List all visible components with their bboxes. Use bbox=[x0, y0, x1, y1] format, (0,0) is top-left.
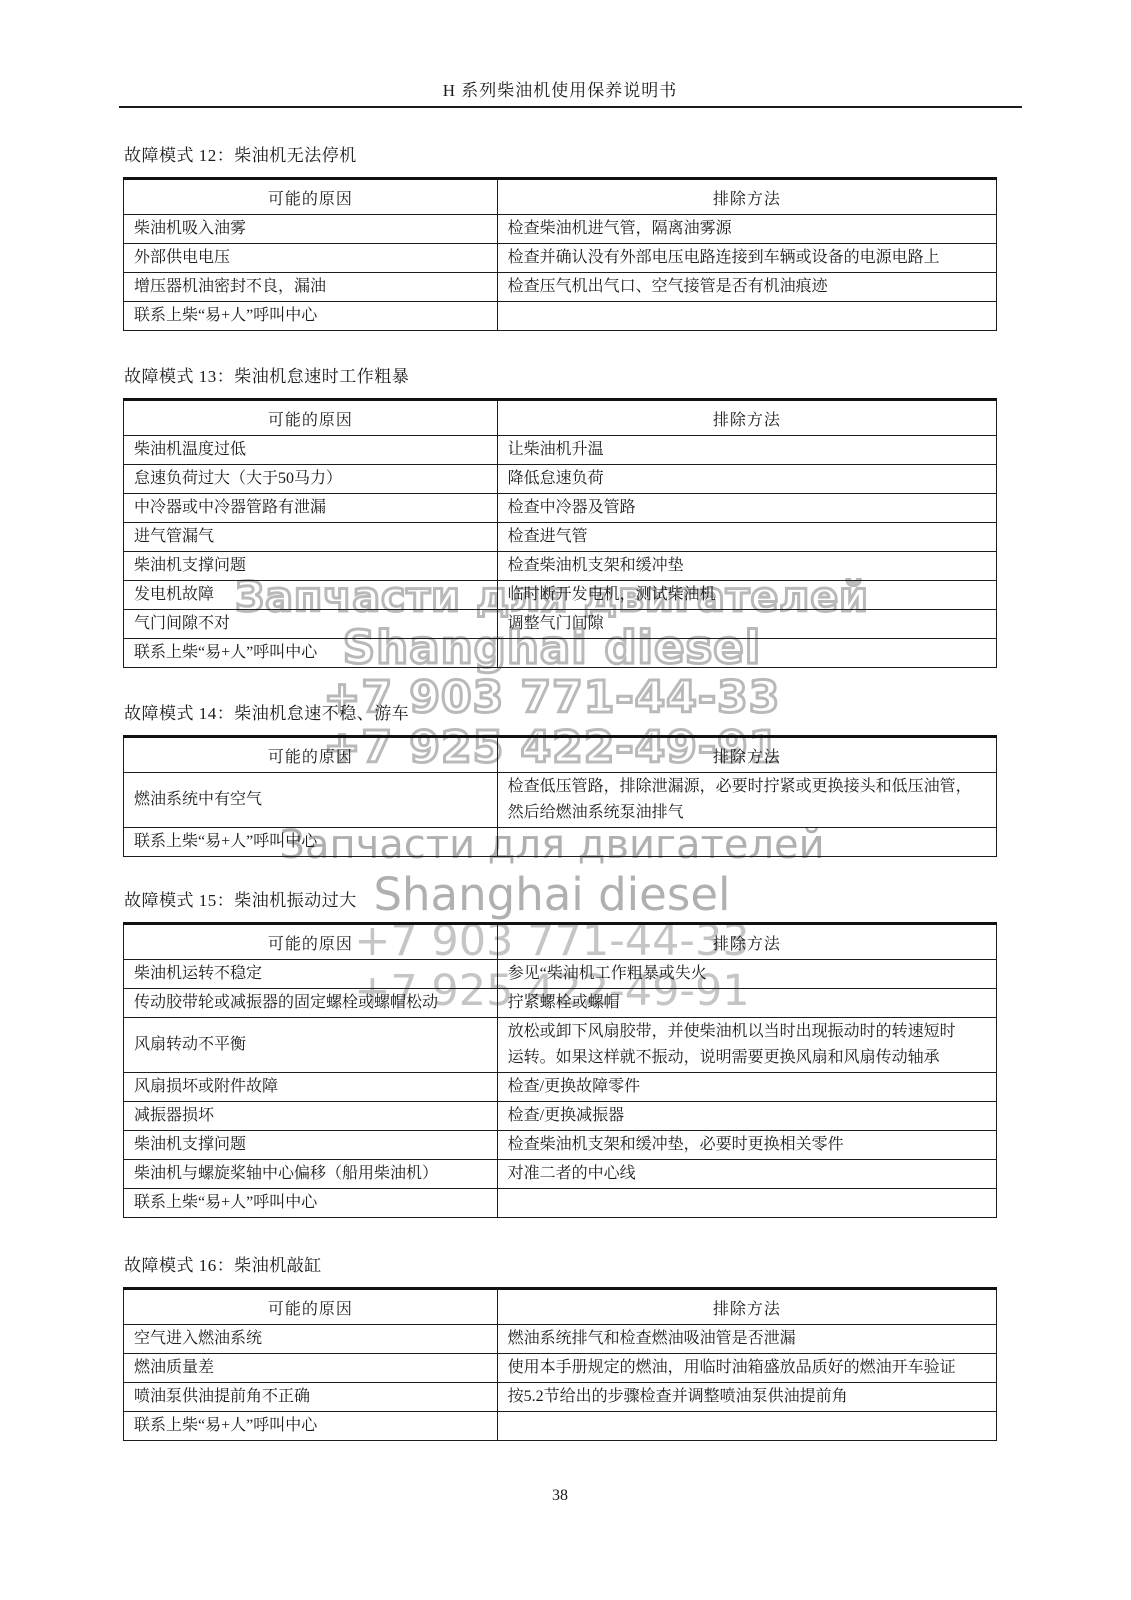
table-row: 柴油机运转不稳定参见“柴油机工作粗暴或失火 bbox=[124, 960, 997, 989]
remedy-cell: 按5.2节给出的步骤检查并调整喷油泵供油提前角 bbox=[497, 1383, 996, 1412]
remedy-cell: 拧紧螺栓或螺帽 bbox=[497, 989, 996, 1018]
table-row: 外部供电电压检查并确认没有外部电压电路连接到车辆或设备的电源电路上 bbox=[124, 244, 997, 273]
fault-table-15: 可能的原因 排除方法 柴油机运转不稳定参见“柴油机工作粗暴或失火 传动胶带轮或减… bbox=[123, 922, 997, 1218]
table-row: 怠速负荷过大（大于50马力）降低怠速负荷 bbox=[124, 465, 997, 494]
cause-cell: 怠速负荷过大（大于50马力） bbox=[124, 465, 498, 494]
column-header-cause: 可能的原因 bbox=[124, 179, 498, 215]
remedy-cell bbox=[497, 639, 996, 668]
remedy-cell: 检查中冷器及管路 bbox=[497, 494, 996, 523]
table-row: 柴油机吸入油雾检查柴油机进气管，隔离油雾源 bbox=[124, 215, 997, 244]
cause-cell: 柴油机吸入油雾 bbox=[124, 215, 498, 244]
cause-cell: 柴油机支撑问题 bbox=[124, 1131, 498, 1160]
table-row: 传动胶带轮或减振器的固定螺栓或螺帽松动拧紧螺栓或螺帽 bbox=[124, 989, 997, 1018]
remedy-cell bbox=[497, 828, 996, 857]
table-row: 联系上柴“易+人”呼叫中心 bbox=[124, 1412, 997, 1441]
section-title: 故障模式 14：柴油机怠速不稳、游车 bbox=[124, 702, 997, 725]
table-row: 燃油系统中有空气检查低压管路，排除泄漏源，必要时拧紧或更换接头和低压油管， 然后… bbox=[124, 773, 997, 828]
page-number: 38 bbox=[123, 1487, 997, 1505]
remedy-cell: 检查/更换故障零件 bbox=[497, 1073, 996, 1102]
fault-table-12: 可能的原因 排除方法 柴油机吸入油雾检查柴油机进气管，隔离油雾源 外部供电电压检… bbox=[123, 177, 997, 331]
column-header-remedy: 排除方法 bbox=[497, 924, 996, 960]
table-row: 风扇转动不平衡放松或卸下风扇胶带，并使柴油机以当时出现振动时的转速短时 运转。如… bbox=[124, 1018, 997, 1073]
table-row: 联系上柴“易+人”呼叫中心 bbox=[124, 1189, 997, 1218]
remedy-cell: 放松或卸下风扇胶带，并使柴油机以当时出现振动时的转速短时 运转。如果这样就不振动… bbox=[497, 1018, 996, 1073]
cause-cell: 联系上柴“易+人”呼叫中心 bbox=[124, 302, 498, 331]
table-row: 减振器损坏检查/更换减振器 bbox=[124, 1102, 997, 1131]
remedy-cell: 对准二者的中心线 bbox=[497, 1160, 996, 1189]
section-title: 故障模式 13：柴油机怠速时工作粗暴 bbox=[124, 365, 997, 388]
fault-table-13: 可能的原因 排除方法 柴油机温度过低让柴油机升温 怠速负荷过大（大于50马力）降… bbox=[123, 398, 997, 668]
table-row: 柴油机支撑问题检查柴油机支架和缓冲垫，必要时更换相关零件 bbox=[124, 1131, 997, 1160]
fault-table-14: 可能的原因 排除方法 燃油系统中有空气检查低压管路，排除泄漏源，必要时拧紧或更换… bbox=[123, 735, 997, 857]
table-header-row: 可能的原因 排除方法 bbox=[124, 1289, 997, 1325]
cause-cell: 传动胶带轮或减振器的固定螺栓或螺帽松动 bbox=[124, 989, 498, 1018]
remedy-cell: 让柴油机升温 bbox=[497, 436, 996, 465]
table-row: 中冷器或中冷器管路有泄漏检查中冷器及管路 bbox=[124, 494, 997, 523]
section-title: 故障模式 12：柴油机无法停机 bbox=[124, 144, 997, 167]
remedy-cell: 参见“柴油机工作粗暴或失火 bbox=[497, 960, 996, 989]
cause-cell: 空气进入燃油系统 bbox=[124, 1325, 498, 1354]
cause-cell: 联系上柴“易+人”呼叫中心 bbox=[124, 639, 498, 668]
column-header-cause: 可能的原因 bbox=[124, 924, 498, 960]
remedy-cell: 检查柴油机支架和缓冲垫，必要时更换相关零件 bbox=[497, 1131, 996, 1160]
column-header-cause: 可能的原因 bbox=[124, 1289, 498, 1325]
table-header-row: 可能的原因 排除方法 bbox=[124, 924, 997, 960]
table-header-row: 可能的原因 排除方法 bbox=[124, 400, 997, 436]
remedy-cell: 临时断开发电机，测试柴油机 bbox=[497, 581, 996, 610]
table-row: 喷油泵供油提前角不正确按5.2节给出的步骤检查并调整喷油泵供油提前角 bbox=[124, 1383, 997, 1412]
remedy-cell: 使用本手册规定的燃油，用临时油箱盛放品质好的燃油开车验证 bbox=[497, 1354, 996, 1383]
document-page: Запчасти для двигателей Shanghai diesel … bbox=[0, 0, 1131, 1600]
remedy-cell: 检查进气管 bbox=[497, 523, 996, 552]
cause-cell: 柴油机与螺旋桨轴中心偏移（船用柴油机） bbox=[124, 1160, 498, 1189]
table-row: 燃油质量差使用本手册规定的燃油，用临时油箱盛放品质好的燃油开车验证 bbox=[124, 1354, 997, 1383]
table-row: 联系上柴“易+人”呼叫中心 bbox=[124, 302, 997, 331]
remedy-cell: 燃油系统排气和检查燃油吸油管是否泄漏 bbox=[497, 1325, 996, 1354]
column-header-cause: 可能的原因 bbox=[124, 400, 498, 436]
cause-cell: 柴油机运转不稳定 bbox=[124, 960, 498, 989]
table-row: 柴油机温度过低让柴油机升温 bbox=[124, 436, 997, 465]
section-title: 故障模式 15：柴油机振动过大 bbox=[124, 889, 997, 912]
cause-cell: 气门间隙不对 bbox=[124, 610, 498, 639]
cause-cell: 柴油机温度过低 bbox=[124, 436, 498, 465]
fault-table-16: 可能的原因 排除方法 空气进入燃油系统燃油系统排气和检查燃油吸油管是否泄漏 燃油… bbox=[123, 1287, 997, 1441]
column-header-remedy: 排除方法 bbox=[497, 400, 996, 436]
section-fault-mode-12: 故障模式 12：柴油机无法停机 可能的原因 排除方法 柴油机吸入油雾检查柴油机进… bbox=[123, 144, 997, 331]
cause-cell: 柴油机支撑问题 bbox=[124, 552, 498, 581]
cause-cell: 发电机故障 bbox=[124, 581, 498, 610]
cause-cell: 风扇转动不平衡 bbox=[124, 1018, 498, 1073]
remedy-cell: 检查柴油机支架和缓冲垫 bbox=[497, 552, 996, 581]
section-fault-mode-13: 故障模式 13：柴油机怠速时工作粗暴 可能的原因 排除方法 柴油机温度过低让柴油… bbox=[123, 365, 997, 668]
remedy-cell: 检查柴油机进气管，隔离油雾源 bbox=[497, 215, 996, 244]
column-header-cause: 可能的原因 bbox=[124, 737, 498, 773]
table-row: 增压器机油密封不良，漏油检查压气机出气口、空气接管是否有机油痕迹 bbox=[124, 273, 997, 302]
header-rule bbox=[119, 106, 1022, 108]
column-header-remedy: 排除方法 bbox=[497, 737, 996, 773]
page-content: H 系列柴油机使用保养说明书 故障模式 12：柴油机无法停机 可能的原因 排除方… bbox=[123, 0, 997, 1505]
table-row: 柴油机支撑问题检查柴油机支架和缓冲垫 bbox=[124, 552, 997, 581]
column-header-remedy: 排除方法 bbox=[497, 1289, 996, 1325]
cause-cell: 减振器损坏 bbox=[124, 1102, 498, 1131]
page-header-title: H 系列柴油机使用保养说明书 bbox=[123, 0, 997, 102]
section-title: 故障模式 16：柴油机敲缸 bbox=[124, 1254, 997, 1277]
table-row: 进气管漏气检查进气管 bbox=[124, 523, 997, 552]
cause-cell: 风扇损坏或附件故障 bbox=[124, 1073, 498, 1102]
remedy-cell bbox=[497, 1189, 996, 1218]
cause-cell: 增压器机油密封不良，漏油 bbox=[124, 273, 498, 302]
remedy-cell: 检查并确认没有外部电压电路连接到车辆或设备的电源电路上 bbox=[497, 244, 996, 273]
cause-cell: 联系上柴“易+人”呼叫中心 bbox=[124, 1189, 498, 1218]
cause-cell: 中冷器或中冷器管路有泄漏 bbox=[124, 494, 498, 523]
cause-cell: 燃油系统中有空气 bbox=[124, 773, 498, 828]
cause-cell: 外部供电电压 bbox=[124, 244, 498, 273]
remedy-cell bbox=[497, 302, 996, 331]
cause-cell: 联系上柴“易+人”呼叫中心 bbox=[124, 1412, 498, 1441]
section-fault-mode-15: 故障模式 15：柴油机振动过大 可能的原因 排除方法 柴油机运转不稳定参见“柴油… bbox=[123, 889, 997, 1218]
table-row: 柴油机与螺旋桨轴中心偏移（船用柴油机）对准二者的中心线 bbox=[124, 1160, 997, 1189]
remedy-cell: 调整气门间隙 bbox=[497, 610, 996, 639]
remedy-cell bbox=[497, 1412, 996, 1441]
remedy-cell: 检查/更换减振器 bbox=[497, 1102, 996, 1131]
cause-cell: 联系上柴“易+人”呼叫中心 bbox=[124, 828, 498, 857]
column-header-remedy: 排除方法 bbox=[497, 179, 996, 215]
table-row: 风扇损坏或附件故障检查/更换故障零件 bbox=[124, 1073, 997, 1102]
table-row: 空气进入燃油系统燃油系统排气和检查燃油吸油管是否泄漏 bbox=[124, 1325, 997, 1354]
table-row: 联系上柴“易+人”呼叫中心 bbox=[124, 828, 997, 857]
section-fault-mode-14: 故障模式 14：柴油机怠速不稳、游车 可能的原因 排除方法 燃油系统中有空气检查… bbox=[123, 702, 997, 857]
table-header-row: 可能的原因 排除方法 bbox=[124, 737, 997, 773]
cause-cell: 喷油泵供油提前角不正确 bbox=[124, 1383, 498, 1412]
section-fault-mode-16: 故障模式 16：柴油机敲缸 可能的原因 排除方法 空气进入燃油系统燃油系统排气和… bbox=[123, 1254, 997, 1441]
cause-cell: 燃油质量差 bbox=[124, 1354, 498, 1383]
table-row: 发电机故障临时断开发电机，测试柴油机 bbox=[124, 581, 997, 610]
table-row: 气门间隙不对调整气门间隙 bbox=[124, 610, 997, 639]
table-header-row: 可能的原因 排除方法 bbox=[124, 179, 997, 215]
cause-cell: 进气管漏气 bbox=[124, 523, 498, 552]
remedy-cell: 检查压气机出气口、空气接管是否有机油痕迹 bbox=[497, 273, 996, 302]
remedy-cell: 降低怠速负荷 bbox=[497, 465, 996, 494]
remedy-cell: 检查低压管路，排除泄漏源，必要时拧紧或更换接头和低压油管， 然后给燃油系统泵油排… bbox=[497, 773, 996, 828]
table-row: 联系上柴“易+人”呼叫中心 bbox=[124, 639, 997, 668]
